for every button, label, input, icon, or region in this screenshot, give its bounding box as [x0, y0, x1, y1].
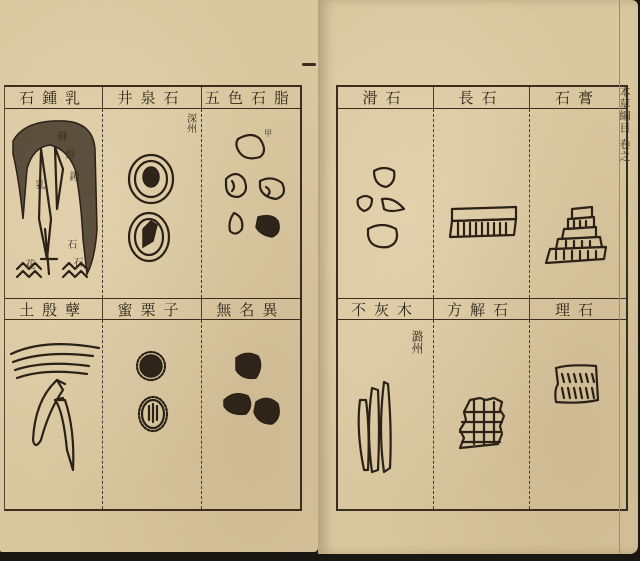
- gypsum-illustration-icon: [530, 109, 626, 289]
- fold-mark: [302, 63, 316, 66]
- label-feldspar: 長石: [434, 87, 530, 109]
- label-jingquan-stone: 井泉石: [103, 87, 201, 109]
- label-five-color-stone-fat: 五色石脂: [202, 87, 300, 109]
- left-page-illustration-grid: 石鍾乳 井泉石 五色石脂 蘇 餘 鍾 乳 石 花 石 深州: [4, 85, 302, 511]
- cell-calcite: [434, 320, 530, 509]
- right-page-illustration-grid: 滑石 長石 石膏: [336, 85, 628, 511]
- wumingyi-illustration-icon: [202, 320, 300, 510]
- cell-lishi: [530, 320, 626, 509]
- label-lishi: 理石: [530, 298, 626, 320]
- right-page: 滑石 長石 石膏: [318, 0, 638, 554]
- page-edge: [619, 0, 634, 554]
- cell-tuyinnie: [5, 320, 103, 509]
- lishi-illustration-icon: [530, 320, 626, 510]
- left-page: 石鍾乳 井泉石 五色石脂 蘇 餘 鍾 乳 石 花 石 深州: [0, 0, 318, 552]
- annotation-stalactite-2: 餘: [63, 149, 73, 159]
- stalactite-illustration-icon: [5, 109, 103, 289]
- annotation-stalactite-5: 石: [65, 239, 75, 249]
- label-talc: 滑石: [338, 87, 434, 109]
- label-buhuimu: 不灰木: [338, 298, 434, 320]
- label-tuyinnie: 土殷孽: [5, 298, 103, 320]
- cell-wumingyi: [202, 320, 300, 509]
- annotation-stalactite-6: 花: [23, 259, 33, 269]
- five-color-stone-fat-illustration-icon: [202, 109, 300, 289]
- annotation-stalactite-3: 鍾: [67, 171, 77, 181]
- annotation-stalactite-7: 石: [71, 257, 81, 267]
- annotation-stalactite-1: 蘇: [55, 131, 65, 141]
- cell-honey-chestnut: [103, 320, 201, 509]
- feldspar-illustration-icon: [434, 109, 530, 289]
- calcite-illustration-icon: [434, 320, 530, 510]
- cell-jingquan-stone: 深州: [103, 109, 201, 298]
- cell-stalactite: 蘇 餘 鍾 乳 石 花 石: [5, 109, 103, 298]
- honey-chestnut-illustration-icon: [103, 320, 201, 510]
- label-wumingyi: 無名異: [202, 298, 300, 320]
- label-calcite: 方解石: [434, 298, 530, 320]
- cell-gypsum: [530, 109, 626, 298]
- talc-illustration-icon: [338, 109, 434, 289]
- cell-five-color-stone-fat: 甲: [202, 109, 300, 298]
- label-stalactite: 石鍾乳: [5, 87, 103, 109]
- cell-talc: [338, 109, 434, 298]
- cell-buhuimu: 潞州: [338, 320, 434, 509]
- label-honey-chestnut: 蜜栗子: [103, 298, 201, 320]
- annotation-stalactite-4: 乳: [33, 179, 43, 189]
- tuyinnie-illustration-icon: [5, 320, 103, 510]
- label-gypsum: 石膏: [530, 87, 626, 109]
- buhuimu-illustration-icon: [338, 320, 434, 510]
- jingquan-stone-illustration-icon: [103, 109, 201, 289]
- cell-feldspar: [434, 109, 530, 298]
